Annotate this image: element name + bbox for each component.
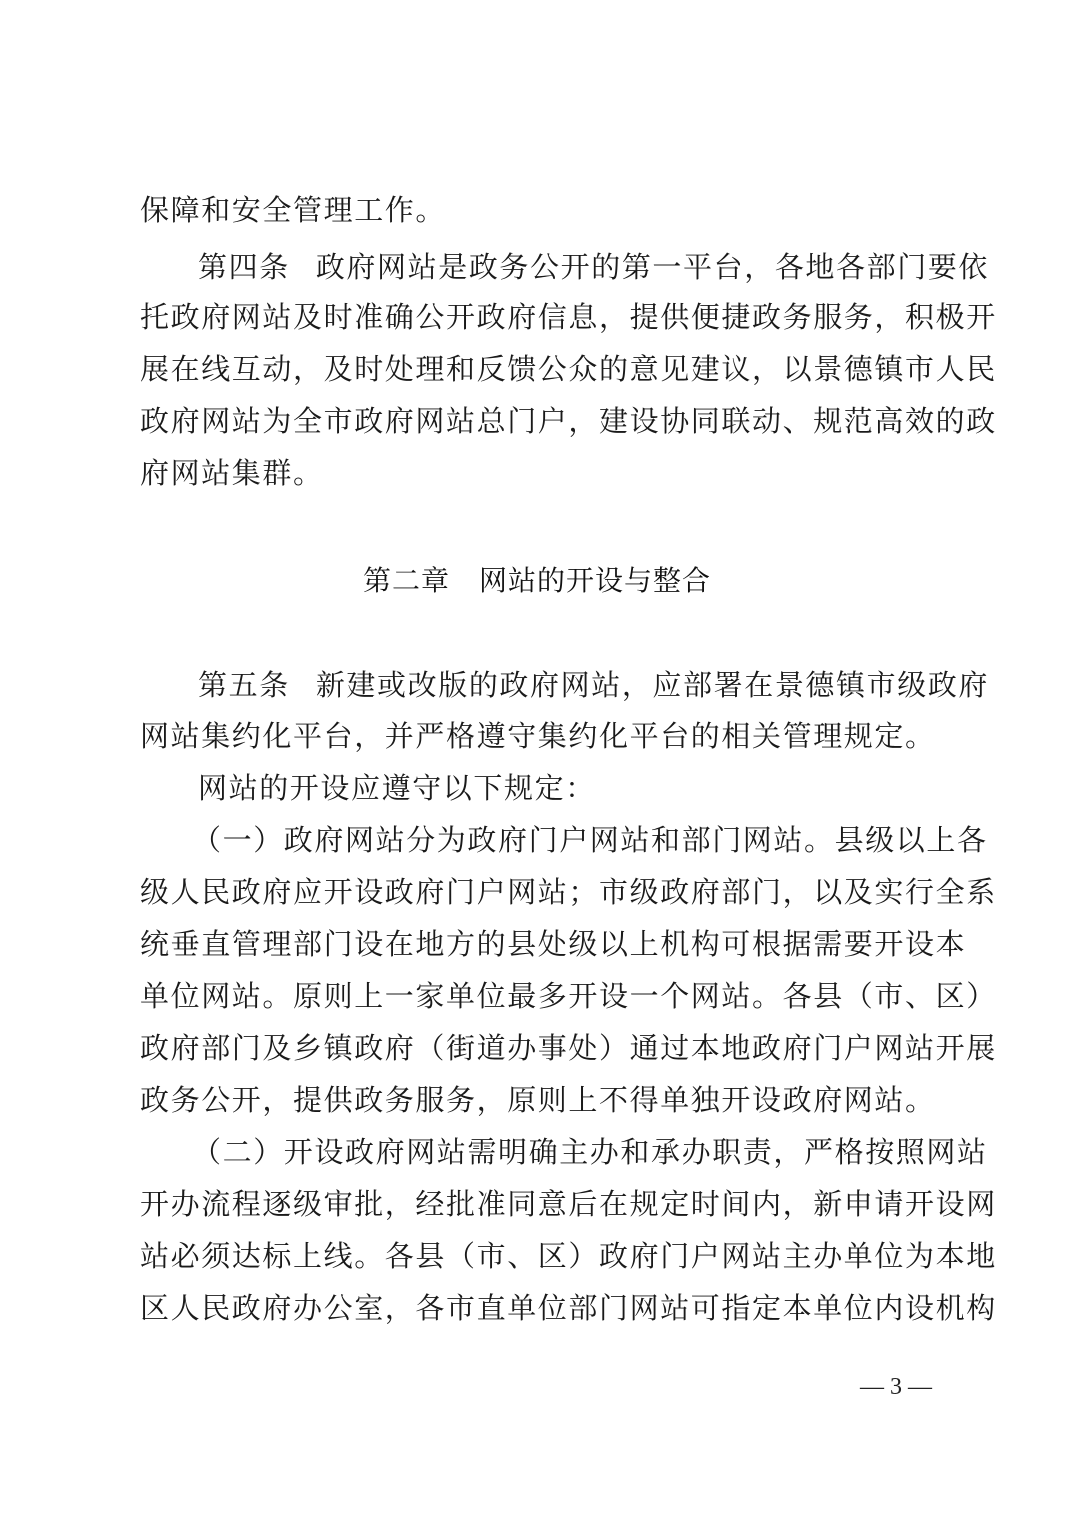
paragraph-line: 保障和安全管理工作。: [140, 190, 936, 230]
article-5-label: 第五条: [198, 668, 290, 702]
item-1-line: （一）政府网站分为政府门户网站和部门网站。县级以上各: [192, 820, 936, 860]
document-page: 保障和安全管理工作。 第四条政府网站是政务公开的第一平台，各地各部门要依 托政府…: [0, 0, 1074, 1520]
chapter-heading: 第二章 网站的开设与整合: [0, 561, 1074, 601]
paragraph-line: 站必须达标上线。各县（市、区）政府门户网站主办单位为本地: [140, 1236, 936, 1276]
page-number: — 3 —: [846, 1372, 946, 1402]
paragraph-line: 府网站集群。: [140, 453, 936, 493]
paragraph-line: 政府网站为全市政府网站总门户，建设协同联动、规范高效的政: [140, 401, 936, 441]
article-4-label: 第四条: [198, 250, 290, 284]
paragraph-line: 托政府网站及时准确公开政府信息，提供便捷政务服务，积极开: [140, 297, 936, 337]
article-4-first-line: 第四条政府网站是政务公开的第一平台，各地各部门要依: [198, 247, 936, 287]
paragraph-line: 单位网站。原则上一家单位最多开设一个网站。各县（市、区）: [140, 976, 936, 1016]
paragraph-line: 区人民政府办公室，各市直单位部门网站可指定本单位内设机构: [140, 1288, 936, 1328]
paragraph-line: 网站的开设应遵守以下规定：: [198, 768, 936, 808]
item-2-line: （二）开设政府网站需明确主办和承办职责，严格按照网站: [192, 1132, 936, 1172]
paragraph-line: 网站集约化平台，并严格遵守集约化平台的相关管理规定。: [140, 716, 936, 756]
paragraph-line: 展在线互动，及时处理和反馈公众的意见建议，以景德镇市人民: [140, 349, 936, 389]
paragraph-line: 统垂直管理部门设在地方的县处级以上机构可根据需要开设本: [140, 924, 936, 964]
paragraph-line: 政务公开，提供政务服务，原则上不得单独开设政府网站。: [140, 1080, 936, 1120]
paragraph-text: 政府网站是政务公开的第一平台，各地各部门要依: [316, 250, 989, 284]
paragraph-line: 开办流程逐级审批，经批准同意后在规定时间内，新申请开设网: [140, 1184, 936, 1224]
paragraph-line: 政府部门及乡镇政府（街道办事处）通过本地政府门户网站开展: [140, 1028, 936, 1068]
article-5-first-line: 第五条新建或改版的政府网站，应部署在景德镇市级政府: [198, 665, 936, 705]
paragraph-line: 级人民政府应开设政府门户网站；市级政府部门，以及实行全系: [140, 872, 936, 912]
paragraph-text: 新建或改版的政府网站，应部署在景德镇市级政府: [316, 668, 989, 702]
